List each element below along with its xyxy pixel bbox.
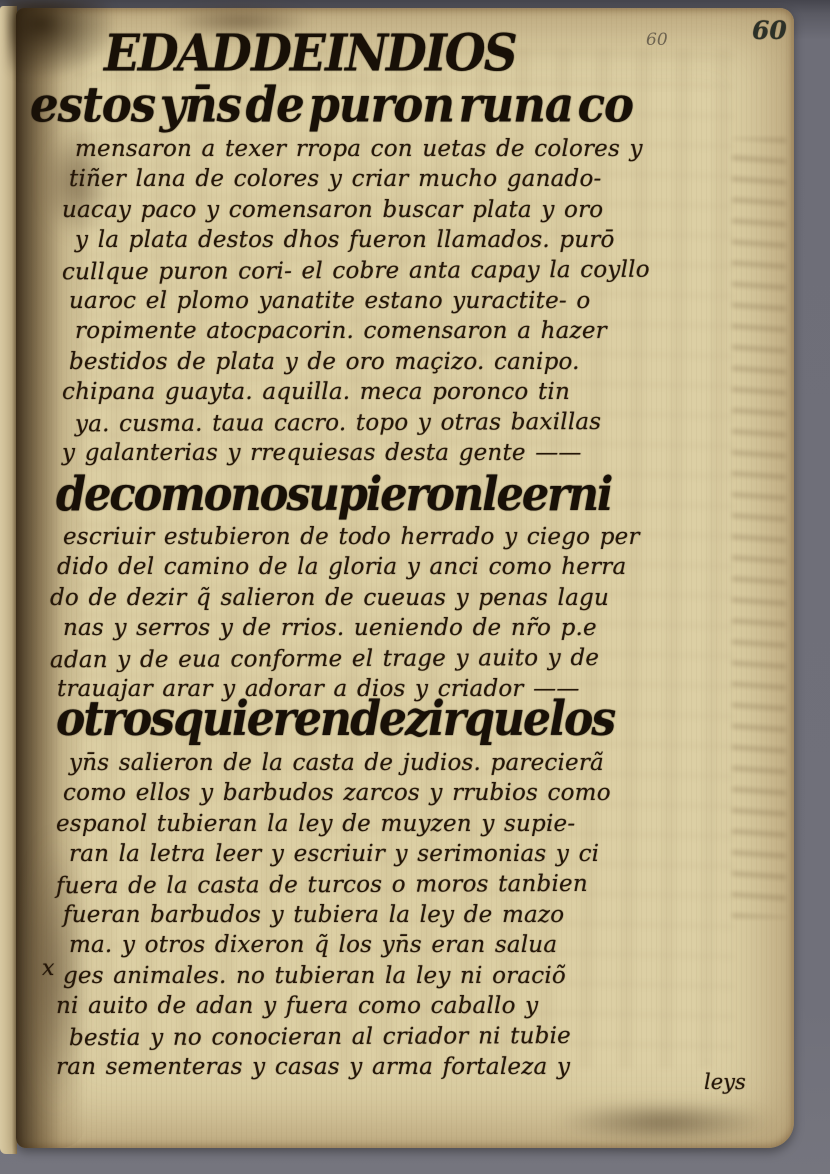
manuscript-line: bestidos de plata y de oro maçizo. canip…	[69, 347, 650, 377]
section2-heading: de como no supieron leer ni	[56, 468, 611, 522]
manuscript-page: 60 60 EDAD DE INDIOS estos yn̄s de puron…	[16, 8, 794, 1148]
manuscript-line: uaroc el plomo yanatite estano yuractite…	[69, 286, 650, 316]
manuscript-line: cullque puron cori- el cobre anta capay …	[62, 254, 650, 287]
manuscript-line: fueran barbudos y tubiera la ley de mazo	[63, 900, 611, 930]
folio-number-pencil: 60	[646, 30, 668, 50]
bottom-stain	[554, 1102, 774, 1142]
manuscript-line: espanol tubieran la ley de muyzen y supi…	[56, 809, 611, 839]
manuscript-line: yn̄s salieron de la casta de judios. par…	[69, 748, 611, 778]
manuscript-line: chipana guayta. aquilla. meca poronco ti…	[62, 377, 650, 407]
manuscript-line: ya. cusma. taua cacro. topo y otras baxi…	[75, 406, 650, 439]
manuscript-line: mensaron a texer rropa con uetas de colo…	[75, 134, 650, 164]
manuscript-line: bestia y no conocieran al criador ni tub…	[69, 1020, 611, 1053]
manuscript-line: ma. y otros dixeron q̃ los yn̄s eran sal…	[69, 930, 611, 960]
manuscript-line: y la plata destos dhos fueron llamados. …	[75, 225, 650, 255]
section1-body: mensaron a texer rropa con uetas de colo…	[62, 134, 650, 468]
manuscript-line: ges animales. no tubieran la ley ni orac…	[63, 961, 611, 991]
folio-number-ink: 60	[752, 16, 787, 45]
manuscript-line: ropimente atocpacorin. comensaron a haze…	[75, 316, 650, 346]
manuscript-scan: 60 60 EDAD DE INDIOS estos yn̄s de puron…	[0, 0, 830, 1174]
page-title: EDAD DE INDIOS	[104, 24, 516, 83]
manuscript-line: do de dezir q̃ salieron de cueuas y pena…	[50, 583, 640, 613]
manuscript-line: como ellos y barbudos zarcos y rrubios c…	[63, 778, 611, 808]
facing-page-edge	[0, 6, 17, 1154]
manuscript-line: nas y serros y de rrios. ueniendo de nr̃…	[63, 613, 640, 643]
section3-heading: otros quieren dezir que los	[56, 692, 614, 747]
section1-opening-line: estos yn̄s de puron runa co	[30, 76, 633, 133]
manuscript-line: ran la letra leer y escriuir y serimonia…	[69, 839, 611, 869]
manuscript-line: tiñer lana de colores y criar mucho gana…	[69, 164, 650, 194]
catchword: leys	[704, 1070, 746, 1094]
manuscript-line: uacay paco y comensaron buscar plata y o…	[62, 195, 650, 225]
book-page-edges	[790, 6, 830, 1136]
manuscript-line: y galanterias y rrequiesas desta gente —…	[62, 438, 650, 468]
manuscript-line: fuera de la casta de turcos o moros tanb…	[56, 868, 611, 901]
margin-mark: x	[42, 956, 54, 981]
manuscript-line: dido del camino de la gloria y anci como…	[57, 552, 640, 582]
manuscript-line: ran sementeras y casas y arma fortaleza …	[56, 1052, 611, 1082]
section3-body: yn̄s salieron de la casta de judios. par…	[56, 748, 611, 1082]
manuscript-line: escriuir estubieron de todo herrado y ci…	[63, 522, 640, 552]
margin-bleedthrough	[732, 138, 786, 918]
manuscript-line: ni auito de adan y fuera como caballo y	[56, 991, 611, 1021]
section2-body: escriuir estubieron de todo herrado y ci…	[50, 522, 640, 704]
manuscript-line: adan y de eua conforme el trage y auito …	[50, 642, 640, 675]
